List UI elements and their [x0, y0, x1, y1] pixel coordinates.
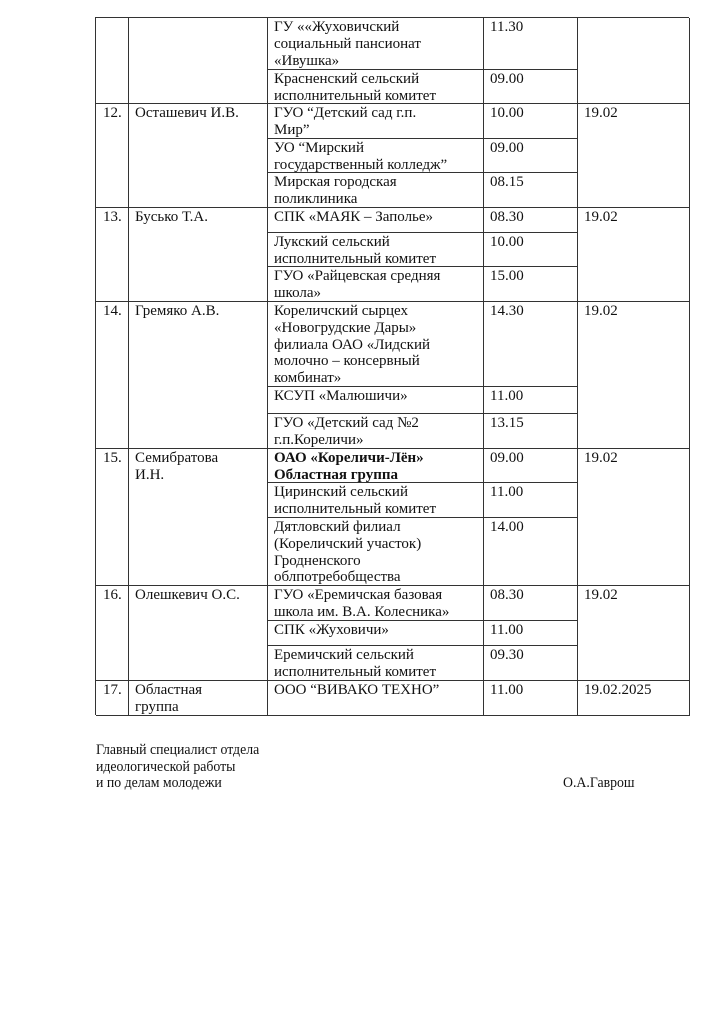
row-number — [96, 18, 129, 104]
organization: Красненский сельский исполнительный коми… — [268, 70, 484, 104]
responsible-person: Бусько Т.А. — [129, 208, 268, 302]
organization: ОАО «Кореличи-Лён» Областная группа — [268, 449, 484, 483]
visit-date: 19.02 — [578, 449, 690, 586]
signature-title: Главный специалист отдела идеологической… — [96, 742, 259, 792]
visit-time: 09.30 — [484, 646, 578, 681]
visit-date: 19.02 — [578, 208, 690, 302]
row-number: 15. — [96, 449, 129, 586]
organization: ООО “ВИВАКО ТЕХНО” — [268, 681, 484, 716]
visit-time: 11.00 — [484, 387, 578, 414]
visit-date: 19.02 — [578, 302, 690, 449]
visit-date — [578, 18, 690, 104]
responsible-person: Семибратова И.Н. — [129, 449, 268, 586]
organization: СПК «Жуховичи» — [268, 621, 484, 646]
visit-time: 08.30 — [484, 586, 578, 621]
schedule-table: ГУ ««Жуховичский социальный пансионат «И… — [95, 17, 689, 715]
visit-time: 08.30 — [484, 208, 578, 233]
organization: ГУ ««Жуховичский социальный пансионат «И… — [268, 18, 484, 70]
organization: Лукский сельский исполнительный комитет — [268, 233, 484, 267]
responsible-person: Областная группа — [129, 681, 268, 716]
visit-time: 13.15 — [484, 414, 578, 449]
visit-time: 08.15 — [484, 173, 578, 208]
visit-time: 14.00 — [484, 518, 578, 586]
visit-time: 09.00 — [484, 139, 578, 173]
organization: Мирская городская поликлиника — [268, 173, 484, 208]
visit-time: 11.00 — [484, 483, 578, 518]
visit-time: 09.00 — [484, 449, 578, 483]
visit-time: 09.00 — [484, 70, 578, 104]
responsible-person — [129, 18, 268, 104]
organization: ГУО «Райцевская средняя школа» — [268, 267, 484, 302]
visit-date: 19.02 — [578, 586, 690, 681]
visit-time: 11.30 — [484, 18, 578, 70]
organization: ГУО “Детский сад г.п. Мир” — [268, 104, 484, 139]
organization: ГУО «Еремичская базовая школа им. В.А. К… — [268, 586, 484, 621]
organization: КСУП «Малюшичи» — [268, 387, 484, 414]
organization: СПК «МАЯК – Заполье» — [268, 208, 484, 233]
responsible-person: Олешкевич О.С. — [129, 586, 268, 681]
organization: УО “Мирский государственный колледж” — [268, 139, 484, 173]
organization: ГУО «Детский сад №2 г.п.Кореличи» — [268, 414, 484, 449]
organization: Циринский сельский исполнительный комите… — [268, 483, 484, 518]
row-number: 14. — [96, 302, 129, 449]
responsible-person: Осташевич И.В. — [129, 104, 268, 208]
signature-name: О.А.Гаврош — [563, 775, 635, 792]
organization: Дятловский филиал (Кореличский участок) … — [268, 518, 484, 586]
row-number: 12. — [96, 104, 129, 208]
visit-date: 19.02 — [578, 104, 690, 208]
organization: Еремичский сельский исполнительный комит… — [268, 646, 484, 681]
visit-time: 10.00 — [484, 104, 578, 139]
visit-time: 15.00 — [484, 267, 578, 302]
row-number: 13. — [96, 208, 129, 302]
visit-time: 11.00 — [484, 621, 578, 646]
responsible-person: Гремяко А.В. — [129, 302, 268, 449]
row-number: 16. — [96, 586, 129, 681]
organization: Кореличский сырцех «Новогрудские Дары» ф… — [268, 302, 484, 387]
row-number: 17. — [96, 681, 129, 716]
visit-time: 10.00 — [484, 233, 578, 267]
visit-time: 11.00 — [484, 681, 578, 716]
visit-date: 19.02.2025 — [578, 681, 690, 716]
visit-time: 14.30 — [484, 302, 578, 387]
